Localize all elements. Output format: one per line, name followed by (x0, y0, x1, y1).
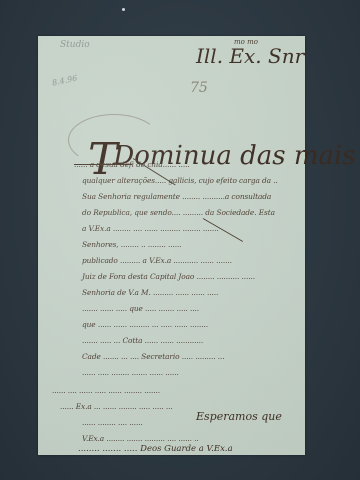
closing-line: ........ ....... ..... Deos Guarde a V.E… (78, 444, 233, 454)
body-line: ...... ..... ........ ....... ...... ...… (82, 368, 179, 377)
salutation: TDominua das mais (88, 124, 356, 175)
body-line: qualquer alterações..... gallicis, cujo … (82, 176, 278, 185)
body-line: Senhores, ........ .. ........ ...... (82, 240, 182, 249)
pencil-catalog-number: 8.4.96 (51, 73, 78, 87)
body-line: Juiz de Fora desta Capital Joao ........… (82, 272, 255, 281)
header-superscript: mo mo (234, 38, 258, 46)
archive-note: Studio (60, 40, 90, 50)
body-line: ...... ........ .... ...... (82, 418, 143, 427)
body-line: ....... ...... ..... que ..... ....... .… (82, 304, 199, 313)
body-line: ...... a desua defi de chia...... ..... (74, 160, 190, 169)
letter-header: Ill. Ex. Snr (196, 44, 304, 68)
strike-through (74, 164, 132, 165)
salutation-text: Dominua das mais (113, 141, 355, 171)
strike-through (203, 218, 243, 242)
body-line: que ...... ...... ......... ... ..... ..… (82, 320, 208, 329)
body-line: Senhoria de V.a M. ......... ...... ....… (82, 288, 218, 297)
body-line: Cade ....... ... .... Secretario ..... .… (82, 352, 224, 361)
initial-capital: T (88, 134, 117, 185)
dust-speck (122, 8, 125, 11)
body-line: publicado ......... a V.Ex.a ...........… (82, 256, 232, 265)
body-line: do Republica, que sendo.... ......... da… (82, 208, 275, 217)
body-line: ...... .... ...... ..... ...... ........… (52, 386, 160, 395)
salutation-flourish (68, 114, 160, 166)
closing-line: Esperamos que (196, 410, 282, 423)
body-line: a V.Ex.a ........ .... ...... ......... … (82, 224, 219, 233)
strike-through (133, 158, 176, 185)
body-line: ....... ..... ... Cotta ...... ...... ..… (82, 336, 203, 345)
body-line: ...... Ex.a ... ...... ........ ..... ..… (60, 402, 173, 411)
folio-mark: 75 (190, 80, 208, 96)
closing-line: V.Ex.a ........ ....... ......... .... .… (82, 434, 199, 443)
body-line: Sua Senhoria regulamente ........ ......… (82, 192, 271, 201)
manuscript-page: Studio 8.4.96 mo mo Ill. Ex. Snr 75 TDom… (38, 36, 305, 455)
